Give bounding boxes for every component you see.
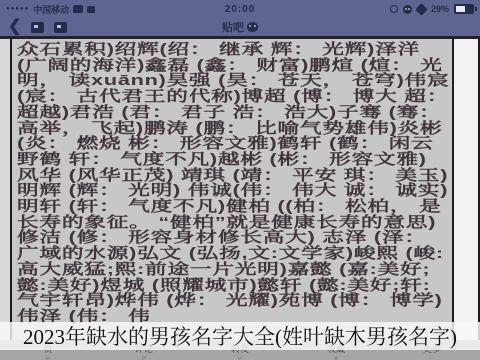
comment-icon: [138, 356, 150, 360]
battery-icon: [454, 4, 474, 14]
data-saver-icon: [390, 5, 398, 13]
share-icon: [234, 356, 246, 360]
name-list-text: 众石累积)绍辉(绍： 继承 辉： 光辉)泽洋 (广阔的海洋)鑫磊 (鑫： 财富)…: [17, 42, 453, 325]
carrier-label: 中国移动: [33, 3, 69, 16]
status-bar: ●●●●● 中国移动 20:00 29%: [0, 0, 480, 18]
back-button[interactable]: ❮: [8, 20, 21, 34]
status-left-group: ●●●●● 中国移动: [6, 3, 95, 16]
status-right-group: 29%: [390, 4, 474, 14]
article-page: 众石累积)绍辉(绍： 继承 辉： 光辉)泽洋 (广阔的海洋)鑫磊 (鑫： 财富)…: [0, 36, 480, 360]
app-favicon-icon: [247, 22, 258, 32]
app-nav-bar: ❮ 贴吧: [0, 18, 480, 36]
caption-text: 2023年缺水的男孩名字大全(姓叶缺木男孩名字): [23, 321, 457, 351]
phone-screen: ●●●●● 中国移动 20:00 29% ❮ 贴吧 众石累积)绍辉(绍： 继承 …: [0, 0, 480, 360]
do-not-disturb-icon: [403, 5, 412, 14]
page-title: 贴吧: [0, 19, 480, 35]
video-caption: 2023年缺水的男孩名字大全(姓叶缺木男孩名字): [0, 322, 480, 350]
more-icon: [426, 356, 438, 360]
signal-strength-icon: ●●●●●: [6, 6, 29, 12]
volte-icon: [73, 5, 83, 13]
star-icon: [330, 356, 342, 360]
page-right-margin: [454, 39, 478, 360]
settings-status-icon: [415, 3, 428, 16]
sim-icon: [87, 6, 95, 13]
page-title-label: 贴吧: [222, 19, 244, 35]
image-icon[interactable]: [54, 22, 67, 33]
thumbs-up-icon: [42, 356, 54, 360]
grid-icon[interactable]: [31, 22, 44, 33]
frame-left-border: [10, 39, 12, 360]
battery-percent-label: 29%: [431, 4, 449, 14]
page-left-margin: [0, 39, 10, 360]
